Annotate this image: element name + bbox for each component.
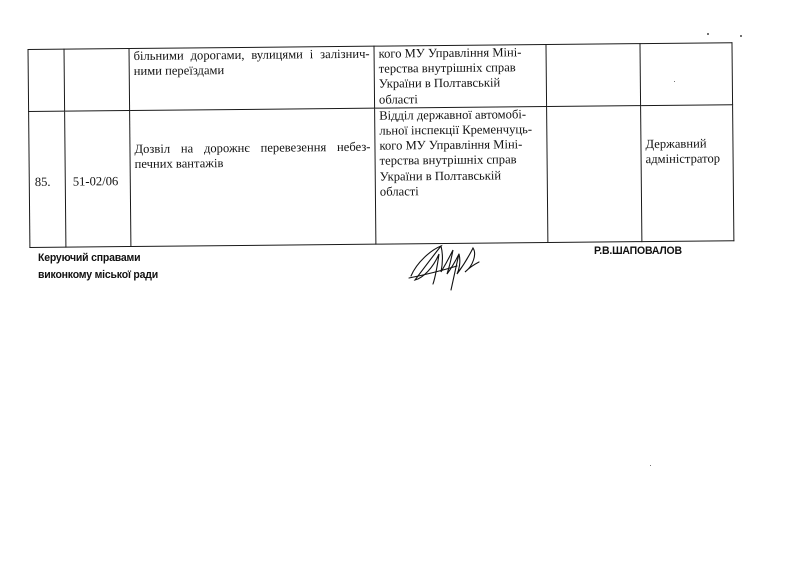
service-name-line: Дозвіл на дорожнє перевезення небез- — [134, 140, 370, 157]
service-name-cell: більними дорогами, вулицями і залізнич- … — [129, 46, 375, 110]
responsible-cell — [640, 43, 733, 106]
scan-speck — [740, 35, 742, 37]
services-table: більними дорогами, вулицями і залізнич- … — [28, 42, 735, 248]
table-row: 85. 51-02/06 Дозвіл на дорожнє перевезен… — [29, 105, 734, 248]
row-number-cell: 85. — [29, 111, 66, 247]
row-code-cell: 51-02/06 — [65, 110, 131, 247]
scan-speck — [674, 81, 675, 82]
organization-line: України в Полтавській — [379, 75, 542, 92]
organization-line: Відділ державної автомобі- — [379, 107, 542, 124]
scan-speck — [650, 465, 651, 466]
signatory-title-line: Керуючий справами — [38, 250, 158, 267]
signatory-name: Р.В.ШАПОВАЛОВ — [594, 245, 682, 257]
responsible-line: Державний — [645, 136, 728, 152]
extra-cell — [546, 44, 641, 107]
service-name-line: печних вантажів — [135, 156, 224, 171]
extra-cell — [547, 105, 642, 242]
service-name-line: більними дорогами, вулицями і залізнич- — [134, 47, 370, 64]
organization-line: терства внутрішніх справ — [380, 152, 543, 169]
organization-line: терства внутрішніх справ — [379, 60, 542, 77]
row-code-cell — [64, 49, 130, 111]
service-name-line: ними переїздами — [134, 63, 225, 78]
signatory-title-line: виконкому міської ради — [38, 267, 158, 284]
handwritten-signature-icon — [407, 232, 487, 294]
organization-line: льної інспекції Кременчуць- — [379, 122, 542, 139]
organization-line: області — [379, 91, 542, 108]
document-page: більними дорогами, вулицями і залізнич- … — [0, 0, 800, 569]
signatory-title: Керуючий справами виконкому міської ради — [38, 250, 158, 284]
organization-line: кого МУ Управління Міні- — [379, 137, 542, 154]
service-name-cell: Дозвіл на дорожнє перевезення небез- печ… — [130, 108, 376, 246]
organization-cell: Відділ державної автомобі- льної інспекц… — [375, 106, 548, 244]
organization-line: України в Полтавській — [380, 168, 543, 185]
row-number-cell — [28, 49, 65, 111]
responsible-line: адміністратор — [646, 151, 729, 167]
responsible-cell: Державний адміністратор — [641, 105, 734, 242]
table-row: більними дорогами, вулицями і залізнич- … — [28, 43, 733, 112]
organization-line: кого МУ Управління Міні- — [379, 45, 542, 62]
organization-line: області — [380, 183, 543, 200]
scan-speck — [707, 33, 709, 35]
organization-cell: кого МУ Управління Міні- терства внутріш… — [374, 45, 547, 108]
